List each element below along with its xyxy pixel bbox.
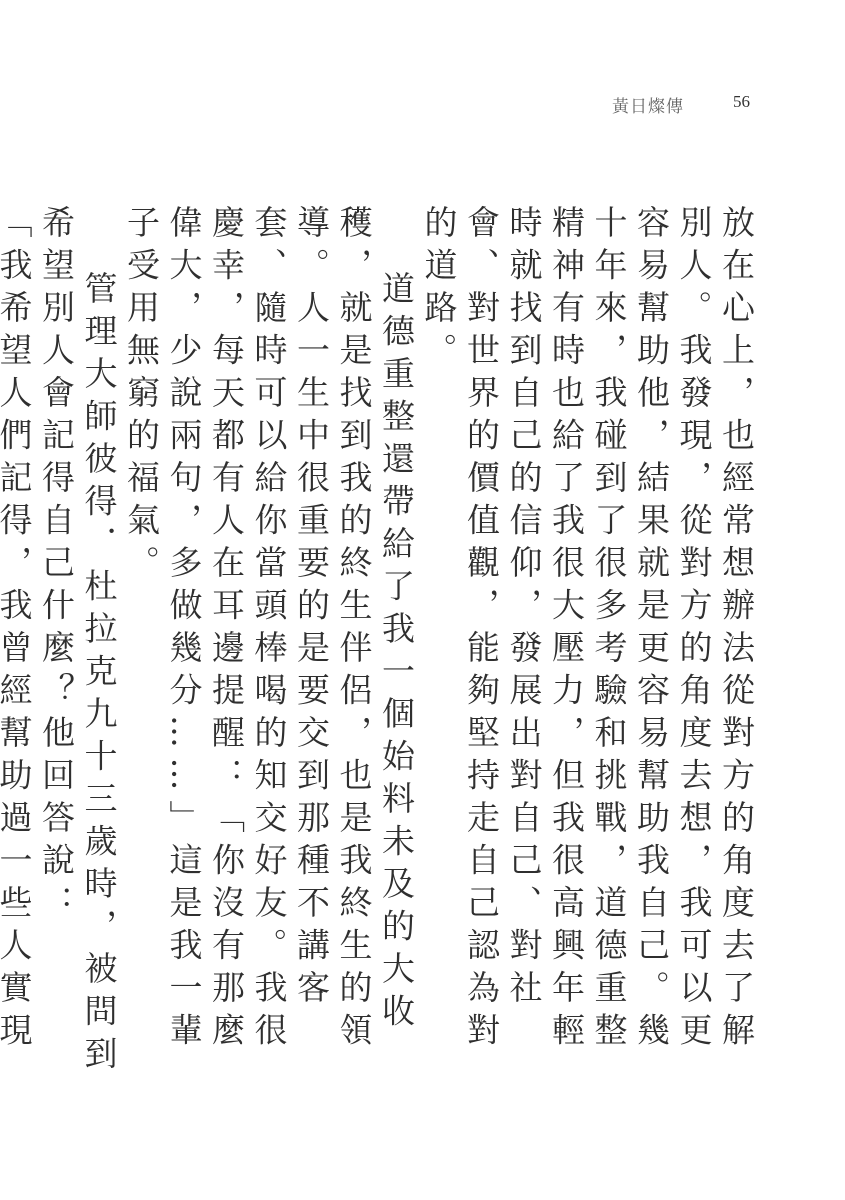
paragraph-2: 道德重整還帶給了我一個始料未及的大收穫，就是找到我的終生伴侶，也是我終生的領導。… (120, 205, 418, 1085)
running-header: 黃日燦傳 56 (0, 92, 845, 122)
paragraph-1: 放在心上，也經常想辦法從對方的角度去了解別人。我發現，從對方的角度去想，我可以更… (417, 205, 757, 1085)
page-number: 56 (733, 92, 750, 112)
vertical-body-text: 放在心上，也經常想辦法從對方的角度去了解別人。我發現，從對方的角度去想，我可以更… (0, 205, 757, 1085)
quote-paragraph: 「我希望人們記得，我曾經幫助過一些人實現了他們的目標。」 (0, 205, 35, 1085)
book-title: 黃日燦傳 (612, 92, 684, 117)
paragraph-3: 管理大師彼得．杜拉克九十三歲時，被問到希望別人會記得自己什麼？他回答說： (35, 205, 120, 1085)
